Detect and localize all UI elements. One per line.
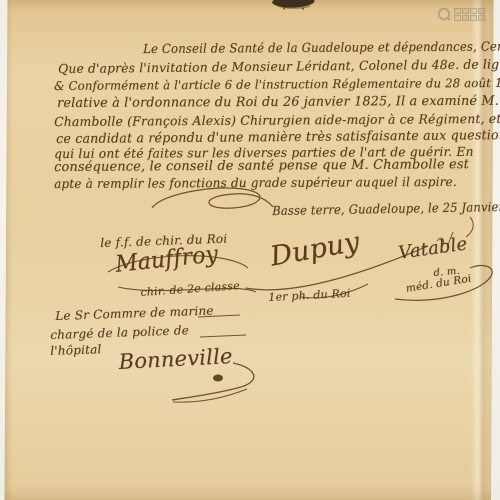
watermark-grid-cell [470, 15, 477, 21]
watermark-circle-icon [437, 7, 451, 21]
watermark-grid-cell [454, 8, 461, 14]
letter-line: conséquence, le conseil de santé pense q… [54, 157, 469, 175]
watermark-grid-cell [478, 15, 485, 21]
watermark-grid-cell [454, 15, 461, 21]
auction-photo: Le Conseil de Santé de la Guadeloupe et … [0, 0, 500, 500]
watermark-grid-cell [478, 8, 485, 14]
watermark-grid-icon [454, 8, 485, 21]
bottom-note-line: l'hôpital [50, 342, 102, 358]
watermark-grid-cell [462, 8, 469, 14]
letter-line: Le Conseil de Santé de la Guadeloupe et … [143, 38, 500, 56]
letter-line: relative à l'ordonnance du Roi du 26 jan… [57, 94, 500, 111]
auction-watermark [437, 7, 485, 21]
letter-line: Chambolle (François Alexis) Chirurgien a… [54, 111, 500, 129]
watermark-grid-cell [470, 8, 477, 14]
watermark-grid-cell [462, 15, 469, 21]
letter-line: apte à remplir les fonctions du grade su… [54, 174, 457, 191]
